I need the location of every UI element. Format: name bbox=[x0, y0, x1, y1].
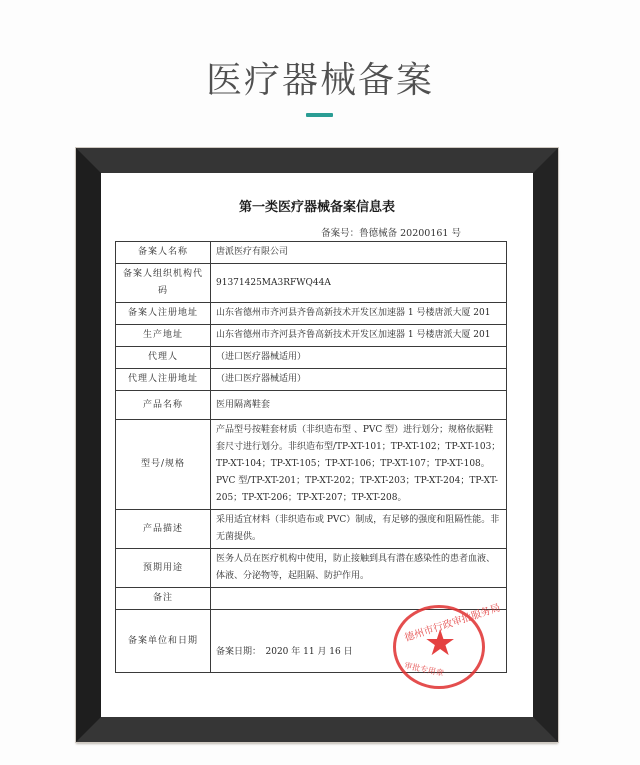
row-label: 代理人注册地址 bbox=[116, 369, 211, 391]
table-row: 产品名称医用隔离鞋套 bbox=[116, 391, 507, 420]
row-value bbox=[211, 588, 507, 610]
official-seal: 德州市行政审批服务局 ★ 审批专用章 bbox=[393, 605, 485, 689]
document-title: 第一类医疗器械备案信息表 bbox=[101, 196, 533, 215]
row-value: 山东省德州市齐河县齐鲁高新技术开发区加速器 1 号楼唐派大厦 201 bbox=[211, 303, 507, 325]
row-label: 代理人 bbox=[116, 347, 211, 369]
row-label: 备案人名称 bbox=[116, 242, 211, 264]
row-value: 医用隔离鞋套 bbox=[211, 391, 507, 420]
table-row: 代理人注册地址（进口医疗器械适用） bbox=[116, 369, 507, 391]
row-label: 备注 bbox=[116, 588, 211, 610]
picture-frame: 第一类医疗器械备案信息表 备案号：鲁德械备 20200161 号 备案人名称唐派… bbox=[76, 148, 558, 742]
table-row: 代理人（进口医疗器械适用） bbox=[116, 347, 507, 369]
record-number: 备案号：鲁德械备 20200161 号 bbox=[321, 225, 461, 239]
table-row: 生产地址山东省德州市齐河县齐鲁高新技术开发区加速器 1 号楼唐派大厦 201 bbox=[116, 325, 507, 347]
row-value: 山东省德州市齐河县齐鲁高新技术开发区加速器 1 号楼唐派大厦 201 bbox=[211, 325, 507, 347]
table-row: 型号/规格产品型号按鞋套材质（非织造布型 、PVC 型）进行划分；规格依据鞋套尺… bbox=[116, 420, 507, 510]
table-row: 备案人组织机构代码91371425MA3RFWQ44A bbox=[116, 264, 507, 303]
row-value: 91371425MA3RFWQ44A bbox=[211, 264, 507, 303]
page-title: 医疗器械备案 bbox=[0, 52, 640, 103]
row-label: 备案人组织机构代码 bbox=[116, 264, 211, 303]
row-value: （进口医疗器械适用） bbox=[211, 369, 507, 391]
certificate-document: 第一类医疗器械备案信息表 备案号：鲁德械备 20200161 号 备案人名称唐派… bbox=[101, 173, 533, 717]
row-value: 医务人员在医疗机构中使用，防止接触到具有潜在感染性的患者血液、体液、分泌物等，起… bbox=[211, 549, 507, 588]
row-label: 产品描述 bbox=[116, 510, 211, 549]
row-label: 生产地址 bbox=[116, 325, 211, 347]
table-row: 预期用途医务人员在医疗机构中使用，防止接触到具有潜在感染性的患者血液、体液、分泌… bbox=[116, 549, 507, 588]
table-row: 产品描述采用适宜材料（非织造布或 PVC）制成，有足够的强度和阻隔性能。非无菌提… bbox=[116, 510, 507, 549]
row-label: 预期用途 bbox=[116, 549, 211, 588]
row-label: 产品名称 bbox=[116, 391, 211, 420]
row-value: 采用适宜材料（非织造布或 PVC）制成，有足够的强度和阻隔性能。非无菌提供。 bbox=[211, 510, 507, 549]
row-value: 唐派医疗有限公司 bbox=[211, 242, 507, 264]
row-value: 产品型号按鞋套材质（非织造布型 、PVC 型）进行划分；规格依据鞋套尺寸进行划分… bbox=[211, 420, 507, 510]
row-value: （进口医疗器械适用） bbox=[211, 347, 507, 369]
table-row: 备案人名称唐派医疗有限公司 bbox=[116, 242, 507, 264]
star-icon: ★ bbox=[424, 626, 456, 662]
table-row: 备案人注册地址山东省德州市齐河县齐鲁高新技术开发区加速器 1 号楼唐派大厦 20… bbox=[116, 303, 507, 325]
row-label: 备案单位和日期 bbox=[116, 610, 211, 673]
row-label: 型号/规格 bbox=[116, 420, 211, 510]
title-accent-rule bbox=[306, 113, 333, 117]
row-label: 备案人注册地址 bbox=[116, 303, 211, 325]
